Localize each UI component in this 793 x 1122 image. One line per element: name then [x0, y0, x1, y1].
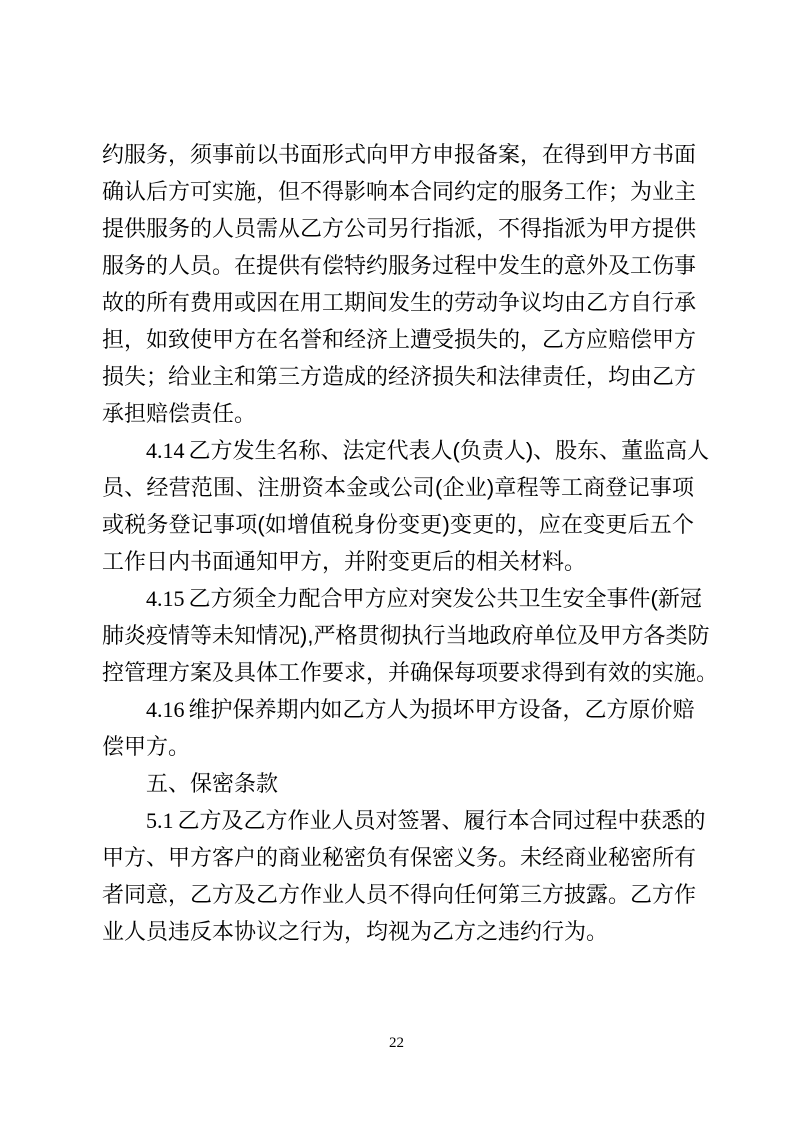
document-body: 约服务，须事前以书面形式向甲方申报备案，在得到甲方书面确认后方可实施，但不得影响…: [102, 136, 694, 950]
text-line: 损失；给业主和第三方造成的经济损失和法律责任，均由乙方: [102, 358, 694, 395]
clause-5-1: 5.1乙方及乙方作业人员对签署、履行本合同过程中获悉的甲方、甲方客户的商业秘密负…: [102, 802, 694, 950]
clause-continuation: 约服务，须事前以书面形式向甲方申报备案，在得到甲方书面确认后方可实施，但不得影响…: [102, 136, 694, 432]
clause-number: 4.14: [146, 438, 185, 463]
text-line: 工作日内书面通知甲方，并附变更后的相关材料。: [102, 543, 694, 580]
clause-4-14: 4.14乙方发生名称、法定代表人(负责人)、股东、董监高人员、经营范围、注册资本…: [102, 432, 694, 580]
page-number: 22: [0, 1034, 793, 1052]
text-line: 者同意，乙方及乙方作业人员不得向任何第三方披露。乙方作: [102, 876, 694, 913]
clause-number: 4.16: [146, 697, 185, 722]
text-line: 5.1乙方及乙方作业人员对签署、履行本合同过程中获悉的: [102, 802, 694, 839]
text-line: 或税务登记事项(如增值税身份变更)变更的，应在变更后五个: [102, 506, 694, 543]
text-line: 服务的人员。在提供有偿特约服务过程中发生的意外及工伤事: [102, 247, 694, 284]
text-line: 4.16维护保养期内如乙方人为损坏甲方设备，乙方原价赔: [102, 691, 694, 728]
text-line: 业人员违反本协议之行为，均视为乙方之违约行为。: [102, 913, 694, 950]
clause-number: 4.15: [146, 586, 185, 611]
text-line: 肺炎疫情等未知情况),严格贯彻执行当地政府单位及甲方各类防: [102, 617, 694, 654]
clause-4-16: 4.16维护保养期内如乙方人为损坏甲方设备，乙方原价赔偿甲方。: [102, 691, 694, 765]
clause-number: 5.1: [146, 808, 174, 833]
text-line: 4.15乙方须全力配合甲方应对突发公共卫生安全事件(新冠: [102, 580, 694, 617]
text-line: 担，如致使甲方在名誉和经济上遭受损失的，乙方应赔偿甲方: [102, 321, 694, 358]
text-line: 承担赔偿责任。: [102, 395, 694, 432]
text-line: 偿甲方。: [102, 728, 694, 765]
text-line: 甲方、甲方客户的商业秘密负有保密义务。未经商业秘密所有: [102, 839, 694, 876]
text-line: 控管理方案及具体工作要求，并确保每项要求得到有效的实施。: [102, 654, 694, 691]
text-line: 员、经营范围、注册资本金或公司(企业)章程等工商登记事项: [102, 469, 694, 506]
text-line: 4.14乙方发生名称、法定代表人(负责人)、股东、董监高人: [102, 432, 694, 469]
text-line: 确认后方可实施，但不得影响本合同约定的服务工作；为业主: [102, 173, 694, 210]
text-line: 约服务，须事前以书面形式向甲方申报备案，在得到甲方书面: [102, 136, 694, 173]
text-line: 故的所有费用或因在用工期间发生的劳动争议均由乙方自行承: [102, 284, 694, 321]
text-line: 提供服务的人员需从乙方公司另行指派，不得指派为甲方提供: [102, 210, 694, 247]
clause-4-15: 4.15乙方须全力配合甲方应对突发公共卫生安全事件(新冠肺炎疫情等未知情况),严…: [102, 580, 694, 691]
text-line: 五、保密条款: [102, 765, 694, 802]
section-5-heading: 五、保密条款: [102, 765, 694, 802]
document-page: 约服务，须事前以书面形式向甲方申报备案，在得到甲方书面确认后方可实施，但不得影响…: [0, 0, 793, 1122]
